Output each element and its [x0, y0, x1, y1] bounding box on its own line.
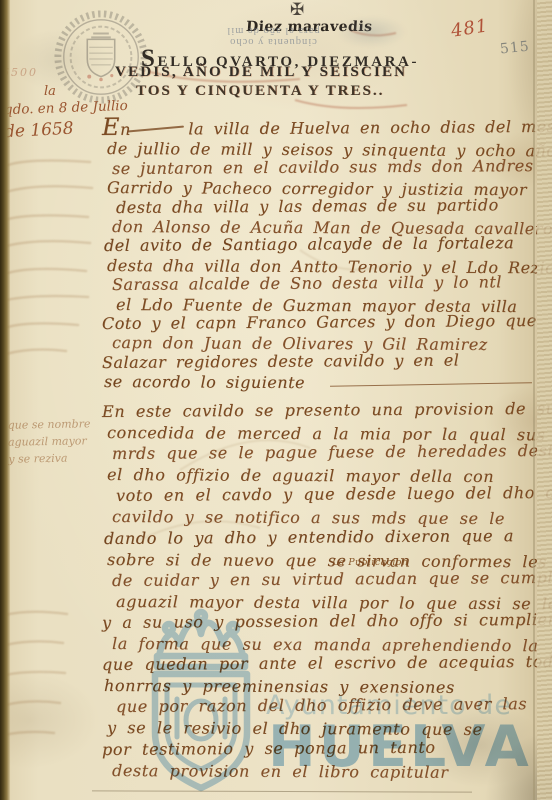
page-edge-stack: [537, 0, 552, 800]
manuscript-page: ✠ Diez maravedis cinquenta y ochopara el…: [0, 0, 552, 800]
showthrough-text: cinquenta y ochopara el año de mil: [198, 25, 348, 47]
manuscript-line: Coto y el capn Franco Garces y don Diego…: [102, 311, 552, 334]
manuscript-line: desta provision en el libro capitular: [112, 760, 552, 784]
manuscript-line: que quedan por ante el escrivo de acequi…: [102, 651, 552, 676]
manuscript-line: Sarassa alcalde de Sno desta villa y lo …: [112, 272, 552, 295]
manuscript-line: por testimonio y se ponga un tanto: [102, 735, 552, 760]
folio-number-pencil: 515: [499, 38, 530, 57]
bottom-crease: [92, 790, 472, 792]
manuscript-line: del avito de Santiago alcayde de la fort…: [104, 233, 552, 256]
manuscript-line: que por razon del dho offizio deve aver …: [116, 693, 552, 718]
margin-note-line: la: [44, 84, 128, 99]
manuscript-line: voto en el cavdo y que desde luego del d…: [116, 482, 552, 507]
manuscript-line: mrds que se le pague fuese de heredades …: [112, 440, 552, 465]
tax-stamp-line: TOS Y CINQUENTA Y TRES..: [136, 83, 384, 100]
binding-edge: [0, 0, 10, 800]
manuscript-line: dando lo ya dho y entendido dixeron que …: [104, 524, 552, 549]
header-cross-icon: ✠: [290, 0, 304, 20]
showthrough-line: para el año de mil: [198, 25, 348, 36]
manuscript-line: se juntaron en el cavildo sus mds don An…: [112, 156, 552, 179]
tax-stamp-line: VEDIS, AÑO DE MIL Y SEISCIEN: [115, 64, 407, 81]
page-fold-line: [533, 0, 535, 800]
margin-note-line: y se reziva: [8, 449, 91, 467]
manuscript-line: En este cavildo se presento una provisio…: [102, 397, 552, 422]
manuscript-line: desta dha villa y las demas de su partid…: [116, 194, 552, 217]
margin-note-line: que se nombre: [8, 415, 91, 433]
folio-number-ink: 481: [450, 15, 490, 42]
manuscript-line: En la villa de Huelva en ocho dias del m…: [102, 115, 552, 140]
manuscript-line: y a su uso y possesion del dho offo si c…: [102, 608, 552, 633]
second-paragraph: En este cavildo se presento una provisio…: [102, 401, 552, 781]
margin-side-note: que se nombreaguazil mayory se reziva: [8, 415, 92, 467]
opening-paragraph: En la villa de Huelva en ocho dias del m…: [102, 118, 552, 392]
margin-note-line: aguazil mayor: [8, 432, 91, 450]
manuscript-line: Salazar regidores deste cavildo y en el: [102, 350, 552, 373]
manuscript-line: de cuidar y en su virtud acudan que se c…: [112, 566, 552, 591]
